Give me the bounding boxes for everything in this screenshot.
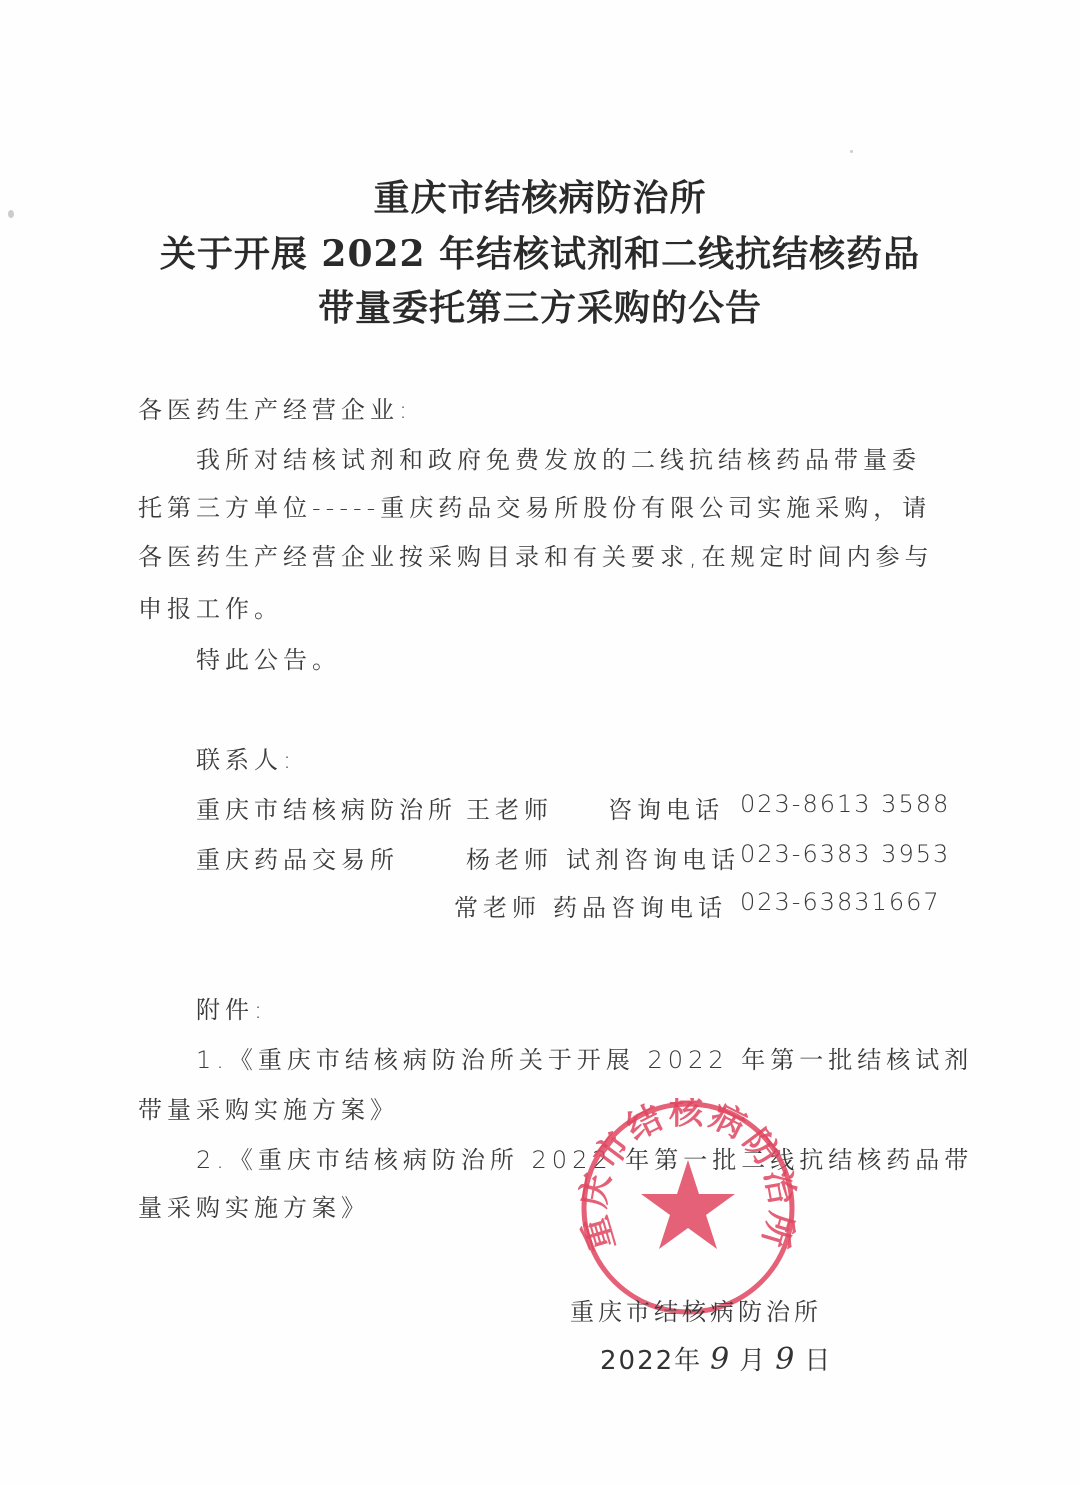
contact-person-1: 王老师 <box>466 790 553 825</box>
contact-person-2: 杨老师 <box>466 840 553 875</box>
date-month: 9 <box>710 1342 731 1377</box>
title-line-2: 关于开展 2022 年结核试剂和二线抗结核药品 <box>0 226 1080 277</box>
body-line-2: 托第三方单位-----重庆药品交易所股份有限公司实施采购，请 <box>138 488 916 523</box>
contact-phone-label-3: 药品咨询电话 <box>553 888 727 923</box>
month-label: 月 <box>739 1346 767 1376</box>
contact-org-1: 重庆市结核病防治所 <box>196 790 457 825</box>
signature-date: 2022年9月9日 <box>600 1340 832 1377</box>
date-year: 2022年 <box>600 1346 702 1376</box>
closing-text: 特此公告。 <box>196 640 341 675</box>
title-line-1: 重庆市结核病防治所 <box>0 170 1080 221</box>
attachment-2-line-1: 2.《重庆市结核病防治所 2022 年第一批二线抗结核药品带 <box>196 1140 916 1175</box>
official-seal-icon: 重庆市结核病防治所 <box>578 1098 798 1318</box>
contact-phone-3: 023-63831667 <box>740 888 941 916</box>
attachment-1-line-1: 1.《重庆市结核病防治所关于开展 2022 年第一批结核试剂 <box>196 1040 916 1075</box>
contact-phone-1: 023-8613 3588 <box>740 790 950 818</box>
title-line-3: 带量委托第三方采购的公告 <box>0 280 1080 331</box>
day-label: 日 <box>804 1346 832 1376</box>
contact-phone-label-2: 试剂咨询电话 <box>566 840 740 875</box>
contacts-label: 联系人: <box>196 740 296 775</box>
body-line-3: 各医药生产经营企业按采购目录和有关要求,在规定时间内参与 <box>138 537 916 572</box>
body-line-4: 申报工作。 <box>138 589 283 624</box>
scan-artifact <box>850 150 853 153</box>
attachments-label: 附件: <box>196 990 267 1025</box>
date-day: 9 <box>775 1342 796 1377</box>
contact-person-3: 常老师 <box>454 888 541 923</box>
contact-org-2: 重庆药品交易所 <box>196 840 399 875</box>
document-page: 重庆市结核病防治所 关于开展 2022 年结核试剂和二线抗结核药品 带量委托第三… <box>0 0 1080 1485</box>
salutation: 各医药生产经营企业: <box>138 390 412 425</box>
signature-organization: 重庆市结核病防治所 <box>570 1292 822 1327</box>
contact-phone-label-1: 咨询电话 <box>608 790 724 825</box>
attachment-2-line-2: 量采购实施方案》 <box>138 1188 370 1223</box>
contact-phone-2: 023-6383 3953 <box>740 840 950 868</box>
body-line-1: 我所对结核试剂和政府免费发放的二线抗结核药品带量委 <box>196 440 916 475</box>
attachment-1-line-2: 带量采购实施方案》 <box>138 1090 399 1125</box>
